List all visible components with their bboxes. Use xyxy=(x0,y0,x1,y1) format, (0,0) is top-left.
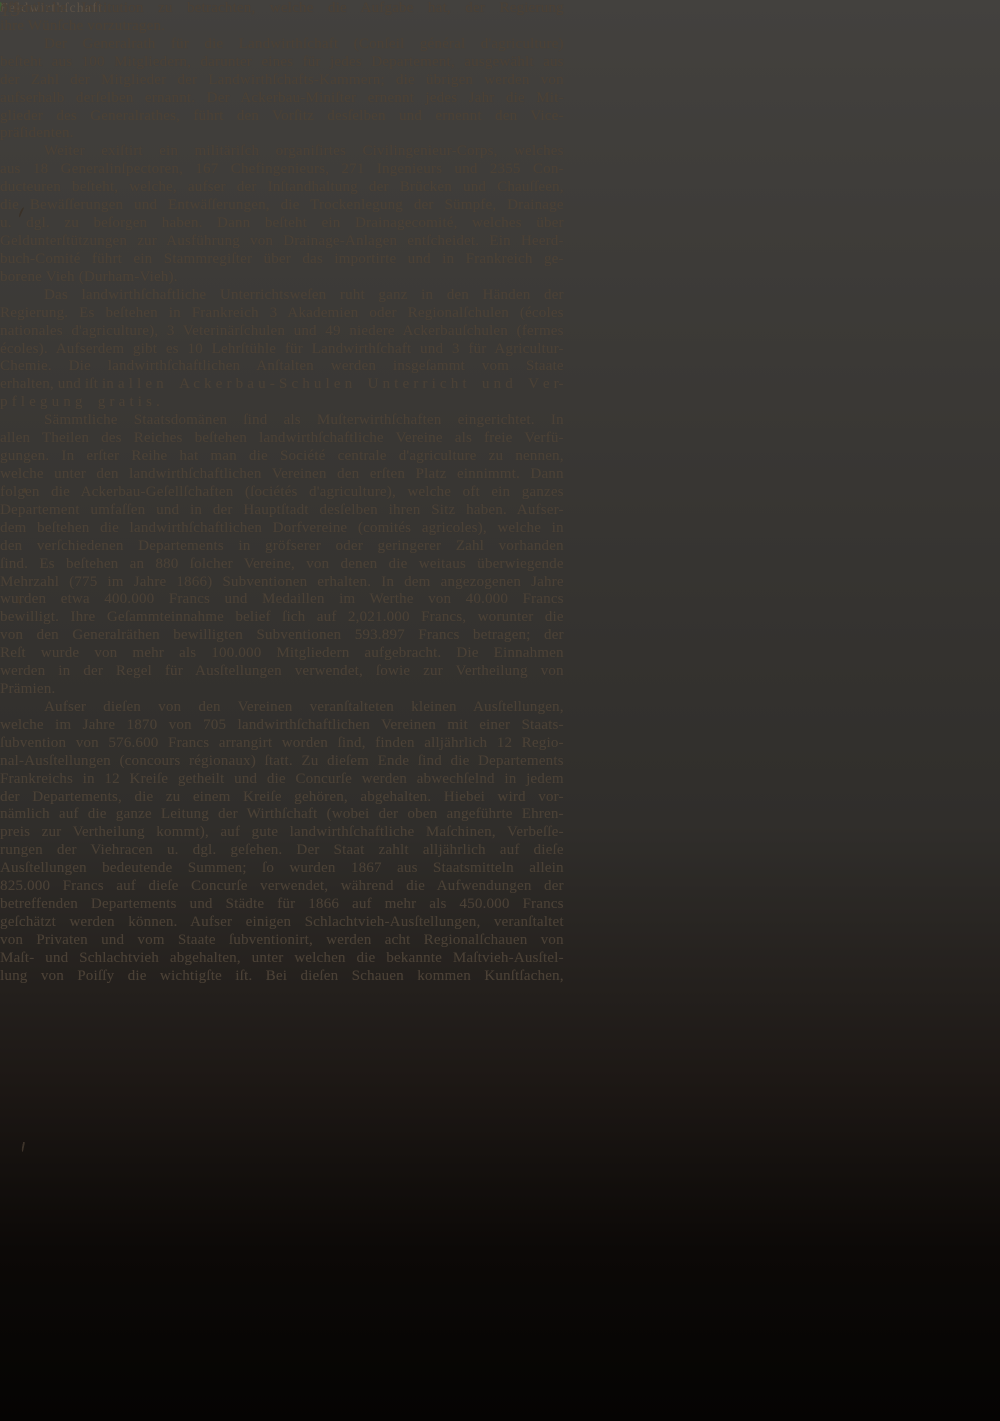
text-line: beſteht aus 100 Mitgliedern, darunter ei… xyxy=(0,54,564,72)
text-line: p f l e g u n g g r a t i s . xyxy=(0,394,564,412)
text-line: welche im Jahre 1870 von 705 landwirthſc… xyxy=(0,717,564,735)
text-line: preis zur Vertheilung kommt), auf gute l… xyxy=(0,824,564,842)
text-line: Chemie. Die landwirthſchaftlichen Anſtal… xyxy=(0,358,564,376)
text-line: Reſt wurde von mehr als 100.000 Mitglied… xyxy=(0,645,564,663)
text-line: Departement umfaſſen und in der Hauptſta… xyxy=(0,502,564,520)
text-line: ſubvention von 576.600 Francs arrangirt … xyxy=(0,735,564,753)
paragraph: Der Generalrath für die Landwirthſchaft … xyxy=(0,36,564,144)
text-line: Sämmtliche Staatsdomänen ſind als Muſter… xyxy=(0,412,564,430)
text-line: bewilligt. Ihre Geſammteinnahme belief ſ… xyxy=(0,609,564,627)
text-line: Maſt- und Schlachtvieh abgehalten, unter… xyxy=(0,950,564,968)
text-line: Das landwirthſchaftliche Unterrichtsweſe… xyxy=(0,287,564,305)
text-line: geſchätzt werden können. Aufser einigen … xyxy=(0,914,564,932)
text-line: von den Generalräthen bewilligten Subven… xyxy=(0,627,564,645)
text-line: ducteuren beſteht, welche, aufser der In… xyxy=(0,179,564,197)
page-blemish xyxy=(21,1142,26,1152)
text-line: wurden etwa 400.000 Francs und Medaillen… xyxy=(0,591,564,609)
text-line: der Departements, die zu einem Kreiſe ge… xyxy=(0,789,564,807)
text-line: ſind. Es beſtehen an 880 ſolcher Vereine… xyxy=(0,556,564,574)
text-line: buch-Comité führt ein Stammregiſter über… xyxy=(0,251,564,269)
text-line: den verſchiedenen Departements in gröfse… xyxy=(0,538,564,556)
text-line: der Zahl der Mitglieder der Landwirthſch… xyxy=(0,72,564,90)
text-line: Mehrzahl (775 im Jahre 1866) Subventione… xyxy=(0,574,564,592)
text-line: Frankreichs in 12 Kreiſe getheilt und di… xyxy=(0,771,564,789)
text-line: aus 18 Generalinſpectoren, 167 Chefingen… xyxy=(0,161,564,179)
paragraph: Sämmtliche Staatsdomänen ſind als Muſter… xyxy=(0,412,564,699)
text-line: u. dgl. zu beſorgen haben. Dann beſteht … xyxy=(0,215,564,233)
text-line: ihre Wünſche vorzutragen. xyxy=(0,18,564,36)
text-line: Geldunterſtützungen zur Ausführung von D… xyxy=(0,233,564,251)
page-text: öffentliche Inſtitution zu betrachten, w… xyxy=(0,0,564,986)
text-line: aufserhalb derſelben ernannt. Der Ackerb… xyxy=(0,90,564,108)
text-line: Der Generalrath für die Landwirthſchaft … xyxy=(0,36,564,54)
text-line: glieder des Generalrathes, führt den Vor… xyxy=(0,108,564,126)
text-line: 825.000 Francs auf dieſe Concurſe verwen… xyxy=(0,878,564,896)
paragraph: Weiter exiſtirt ein militäriſch organiſi… xyxy=(0,143,564,286)
text-line: folgen die Ackerbau-Geſellſchaften (ſoci… xyxy=(0,484,564,502)
text-line: gungen. In erſter Reihe hat man die Soci… xyxy=(0,448,564,466)
paragraph: öffentliche Inſtitution zu betrachten, w… xyxy=(0,0,564,36)
text-line: präſidenten. xyxy=(0,125,564,143)
text-line: Aufser dieſen von den Vereinen veranſtal… xyxy=(0,699,564,717)
text-line: borene Vieh (Durham-Vieh). xyxy=(0,269,564,287)
text-line: nationales d'agriculture), 3 Veterinärſc… xyxy=(0,323,564,341)
text-line: dem beſtehen die landwirthſchaftlichen D… xyxy=(0,520,564,538)
text-line: betreffenden Departements und Städte für… xyxy=(0,896,564,914)
text-line: lung von Poiſſy die wichtigſte iſt. Bei … xyxy=(0,968,564,986)
text-line: erhalten, und iſt in a l l e n A c k e r… xyxy=(0,376,564,394)
text-line: nämlich auf die ganze Leitung der Wirthſ… xyxy=(0,806,564,824)
paragraph: Das landwirthſchaftliche Unterrichtsweſe… xyxy=(0,287,564,412)
text-line: Regierung. Es beſtehen in Frankreich 3 A… xyxy=(0,305,564,323)
text-line: rungen der Viehracen u. dgl. geſehen. De… xyxy=(0,842,564,860)
text-line: welche unter den landwirthſchaftlichen V… xyxy=(0,466,564,484)
text-line: écoles). Aufserdem gibt es 10 Lehrſtühle… xyxy=(0,341,564,359)
text-line: öffentliche Inſtitution zu betrachten, w… xyxy=(0,0,564,18)
text-line: nal-Ausſtellungen (concours régionaux) ſ… xyxy=(0,753,564,771)
text-line: die Bewäſſerungen und Entwäſſerungen, di… xyxy=(0,197,564,215)
text-line: allen Theilen des Reiches beſtehen landw… xyxy=(0,430,564,448)
paragraph: Aufser dieſen von den Vereinen veranſtal… xyxy=(0,699,564,986)
text-line: Prämien. xyxy=(0,681,564,699)
text-line: werden in der Regel für Ausſtellungen ve… xyxy=(0,663,564,681)
text-line: Ausſtellungen bedeutende Summen; ſo wurd… xyxy=(0,860,564,878)
text-line: Weiter exiſtirt ein militäriſch organiſi… xyxy=(0,143,564,161)
text-line: von Privaten und vom Staate ſubventionir… xyxy=(0,932,564,950)
book-scan: Feldwirthſchaft. 13 öffentliche Inſtitut… xyxy=(0,0,1000,1421)
